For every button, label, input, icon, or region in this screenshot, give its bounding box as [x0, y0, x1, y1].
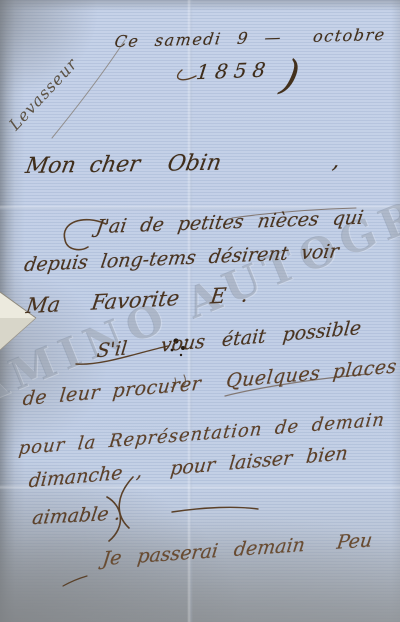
- scanned-letter: TAMINO AUTOGRAPHS: [0, 0, 400, 622]
- year-line: 1858: [195, 57, 273, 84]
